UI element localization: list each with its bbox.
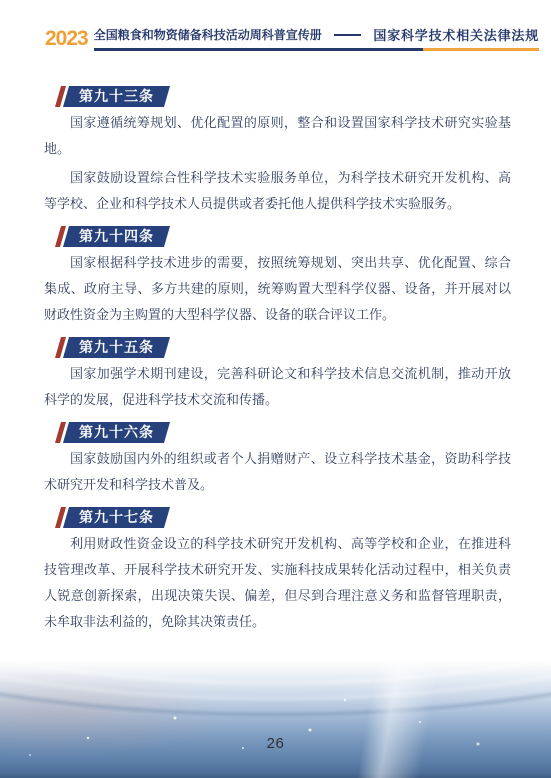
chapter-title: 国家科学技术相关法律法规 xyxy=(373,25,539,44)
document-page: 2023 全国粮食和物资储备科技活动周科普宣传册 国家科学技术相关法律法规 第九… xyxy=(0,0,551,778)
article-paragraph: 国家鼓励国内外的组织或者个人捐赠财产、设立科学技术基金，资助科学技术研究开发和科… xyxy=(44,446,511,498)
underline-orange-segment xyxy=(423,48,539,51)
page-header: 2023 全国粮食和物资储备科技活动周科普宣传册 国家科学技术相关法律法规 xyxy=(45,25,539,51)
article-96: 第九十六条 国家鼓励国内外的组织或者个人捐赠财产、设立科学技术基金，资助科学技术… xyxy=(44,422,511,498)
article-paragraph: 国家根据科学技术进步的需要，按照统筹规划、突出共享、优化配置、综合集成、政府主导… xyxy=(44,250,511,328)
article-badge: 第九十三条 xyxy=(66,86,167,107)
year-logo: 2023 xyxy=(45,28,88,51)
article-paragraph: 国家鼓励设置综合性科学技术实验服务单位，为科学技术研究开发机构、高等学校、企业和… xyxy=(44,165,511,217)
article-97: 第九十七条 利用财政性资金设立的科学技术研究开发机构、高等学校和企业，在推进科技… xyxy=(44,507,511,635)
article-badge-label: 第九十四条 xyxy=(79,228,154,244)
header-divider-line xyxy=(334,34,362,36)
underline-navy-segment xyxy=(94,48,424,51)
page-number: 26 xyxy=(0,735,551,752)
wave-decoration xyxy=(0,660,551,778)
article-badge-label: 第九十七条 xyxy=(79,509,154,525)
header-titles: 全国粮食和物资储备科技活动周科普宣传册 国家科学技术相关法律法规 xyxy=(94,25,539,51)
article-93: 第九十三条 国家遵循统筹规划、优化配置的原则，整合和设置国家科学技术研究实验基地… xyxy=(44,86,511,217)
booklet-title: 全国粮食和物资储备科技活动周科普宣传册 xyxy=(94,26,322,43)
article-paragraph: 国家加强学术期刊建设，完善科研论文和科学技术信息交流机制，推动开放科学的发展，促… xyxy=(44,361,511,413)
article-paragraph: 国家遵循统筹规划、优化配置的原则，整合和设置国家科学技术研究实验基地。 xyxy=(44,110,511,162)
article-badge: 第九十四条 xyxy=(66,226,167,247)
article-badge: 第九十七条 xyxy=(66,507,167,528)
article-badge-label: 第九十五条 xyxy=(79,339,154,355)
article-94: 第九十四条 国家根据科学技术进步的需要，按照统筹规划、突出共享、优化配置、综合集… xyxy=(44,226,511,328)
article-badge-label: 第九十六条 xyxy=(79,424,154,440)
articles-content: 第九十三条 国家遵循统筹规划、优化配置的原则，整合和设置国家科学技术研究实验基地… xyxy=(44,86,511,644)
article-badge-label: 第九十三条 xyxy=(79,88,154,104)
article-95: 第九十五条 国家加强学术期刊建设，完善科研论文和科学技术信息交流机制，推动开放科… xyxy=(44,337,511,413)
article-paragraph: 利用财政性资金设立的科学技术研究开发机构、高等学校和企业，在推进科技管理改革、开… xyxy=(44,531,511,635)
header-underline xyxy=(94,48,539,51)
article-badge: 第九十六条 xyxy=(66,422,167,443)
article-badge: 第九十五条 xyxy=(66,337,167,358)
